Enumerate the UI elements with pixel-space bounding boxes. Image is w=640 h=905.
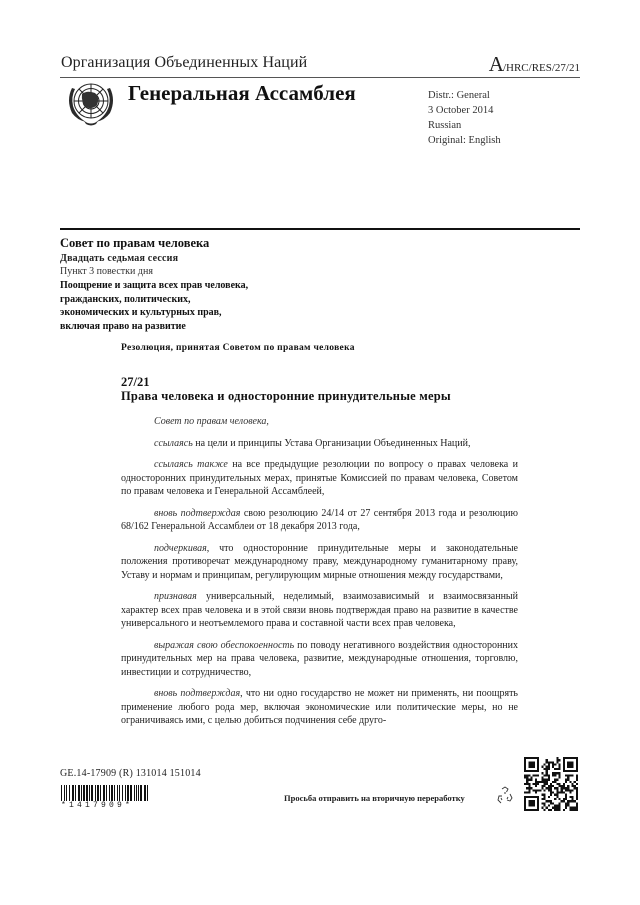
agenda-item: Пункт 3 повестки дня <box>60 266 153 277</box>
document-language: Russian <box>428 118 501 133</box>
header-rule <box>60 77 580 78</box>
recycle-note: Просьба отправить на вторичную переработ… <box>284 793 465 803</box>
symbol-suffix: /HRC/RES/27/21 <box>503 62 580 74</box>
preamble-paragraph: признавая универсальный, неделимый, взаи… <box>121 590 518 631</box>
distribution-block: Distr.: General 3 October 2014 Russian O… <box>428 88 501 148</box>
resolution-number: 27/21 <box>121 375 149 390</box>
agenda-title: Поощрение и защита всех прав человека, г… <box>60 279 248 333</box>
resolution-title: Права человека и односторонние принудите… <box>121 389 451 404</box>
paragraph-lead: подчеркивая <box>154 543 207 554</box>
session-name: Двадцать седьмая сессия <box>60 253 178 264</box>
preamble-paragraph: ссылаясь также на все предыдущие резолюц… <box>121 458 518 499</box>
organization-name: Организация Объединенных Наций <box>61 54 307 72</box>
agenda-title-line: экономических и культурных прав, <box>60 306 248 320</box>
preamble-paragraph: Совет по правам человека, <box>121 415 518 429</box>
preamble-paragraph: вновь подтверждая, что ни одно государст… <box>121 687 518 728</box>
paragraph-lead: вновь подтверждая <box>154 508 240 519</box>
paragraph-lead: выражая свою обеспокоенность <box>154 640 294 651</box>
preamble-paragraph: ссылаясь на цели и принципы Устава Орган… <box>121 437 518 451</box>
agenda-title-line: гражданских, политических, <box>60 293 248 307</box>
paragraph-lead: ссылаясь также <box>154 459 228 470</box>
document-date: 3 October 2014 <box>428 103 501 118</box>
symbol-prefix: A <box>489 52 503 76</box>
preamble-paragraph: вновь подтверждая свою резолюцию 24/14 о… <box>121 507 518 534</box>
barcode-icon <box>61 785 149 801</box>
distr-general: Distr.: General <box>428 88 501 103</box>
preamble-paragraph: выражая свою обеспокоенность по поводу н… <box>121 639 518 680</box>
recycle-icon <box>496 786 514 806</box>
job-number: GE.14-17909 (R) 131014 151014 <box>60 768 201 779</box>
qr-code-icon <box>524 755 578 813</box>
un-emblem-icon <box>62 78 120 128</box>
paragraph-lead: вновь подтверждая <box>154 688 240 699</box>
document-symbol: A/HRC/RES/27/21 <box>489 52 580 77</box>
paragraph-lead: ссылаясь <box>154 438 193 449</box>
agenda-title-line: Поощрение и защита всех прав человека, <box>60 279 248 293</box>
resolution-adopted-by: Резолюция, принятая Советом по правам че… <box>121 343 355 353</box>
resolution-body: Совет по правам человека, ссылаясь на це… <box>121 415 518 736</box>
original-language: Original: English <box>428 133 501 148</box>
agenda-title-line: включая право на развитие <box>60 320 248 334</box>
preamble-paragraph: подчеркивая, что односторонние принудите… <box>121 542 518 583</box>
barcode-text: *1417909* <box>61 801 133 810</box>
paragraph-text: на цели и принципы Устава Организации Об… <box>193 438 471 449</box>
general-assembly-title: Генеральная Ассамблея <box>128 81 356 106</box>
paragraph-lead: признавая <box>154 591 197 602</box>
section-rule <box>60 228 580 230</box>
paragraph-lead: Совет по правам человека, <box>154 416 269 427</box>
council-name: Совет по правам человека <box>60 236 209 251</box>
